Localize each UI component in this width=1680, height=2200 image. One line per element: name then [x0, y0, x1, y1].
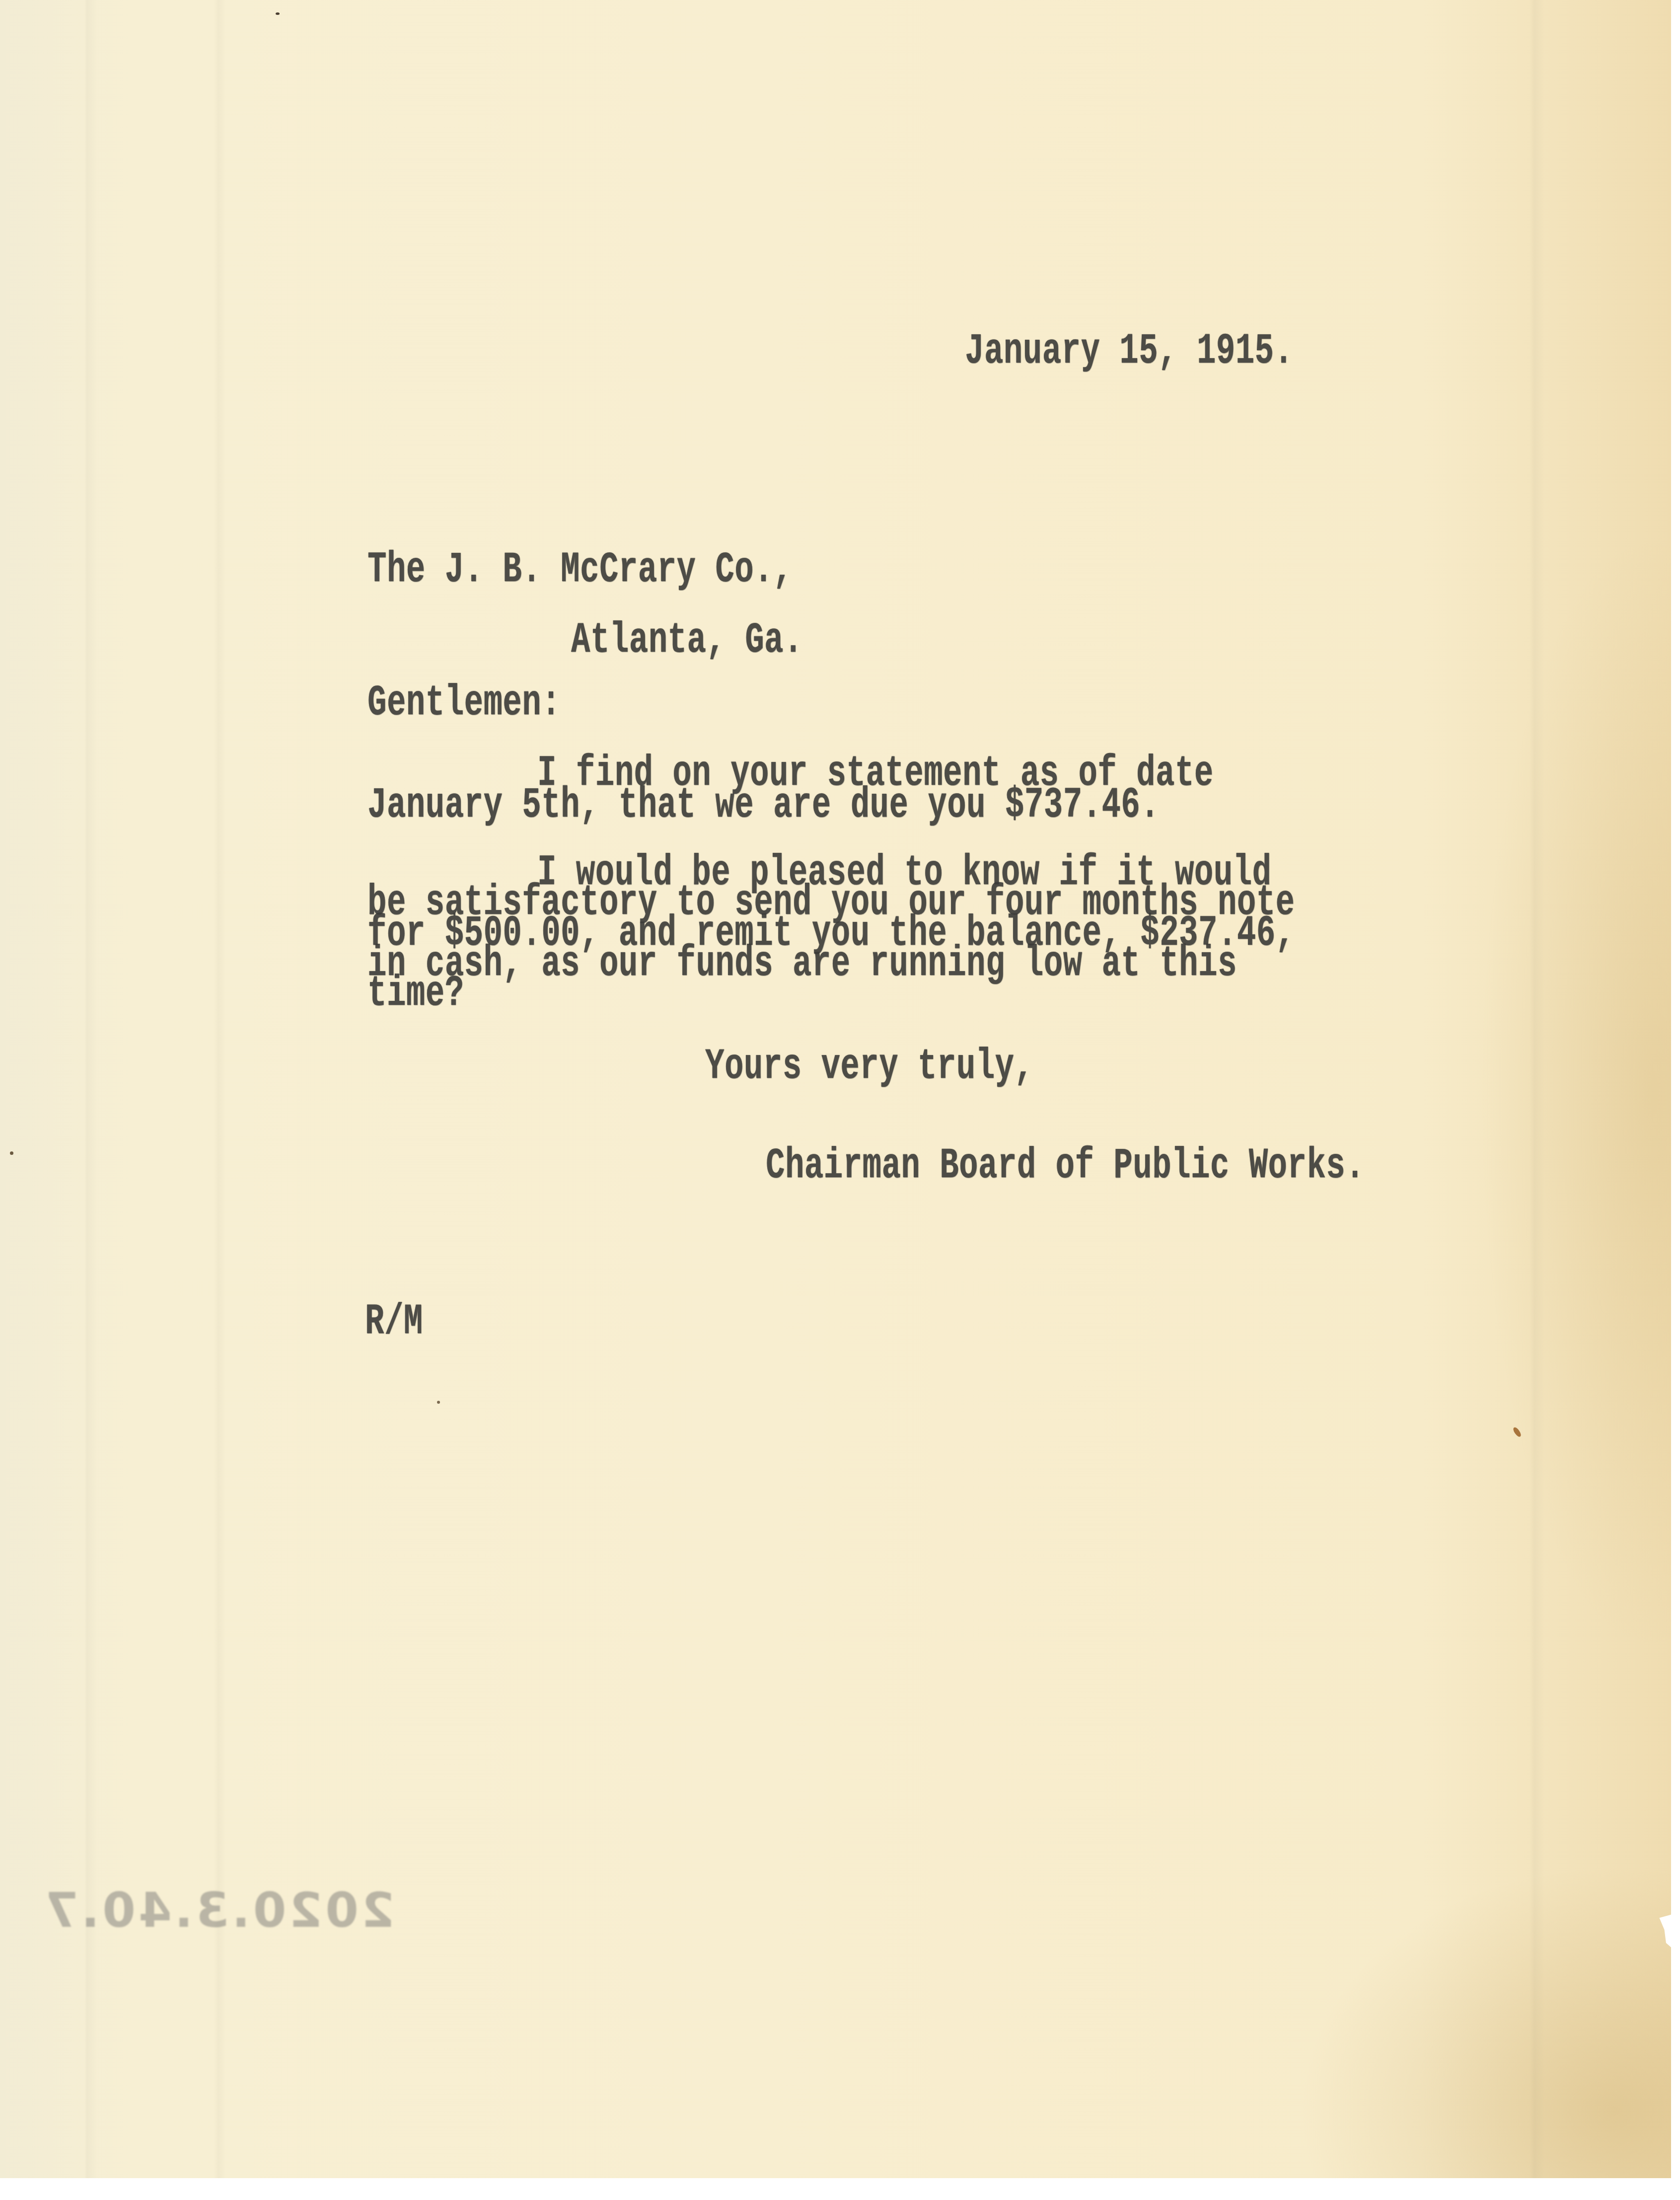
dust-speck [276, 12, 280, 15]
pencil-accession-number: 2020.3.40.7 [42, 1883, 395, 1938]
paragraph-1-line-2: January 5th, that we are due you $737.46… [367, 785, 1160, 828]
typist-initials: R/M [365, 1301, 423, 1344]
paragraph-2-line-5: time? [367, 973, 464, 1016]
paragraph-2-line-4: in cash, as our funds are running low at… [367, 943, 1237, 986]
dust-speck [437, 1401, 440, 1404]
dust-speck [10, 1151, 13, 1155]
letter-date: January 15, 1915. [965, 331, 1293, 374]
signature-title: Chairman Board of Public Works. [766, 1145, 1365, 1188]
recipient-location: Atlanta, Ga. [571, 620, 803, 663]
closing: Yours very truly, [705, 1046, 1033, 1089]
salutation: Gentlemen: [367, 683, 561, 725]
recipient-name: The J. B. McCrary Co., [367, 549, 793, 592]
